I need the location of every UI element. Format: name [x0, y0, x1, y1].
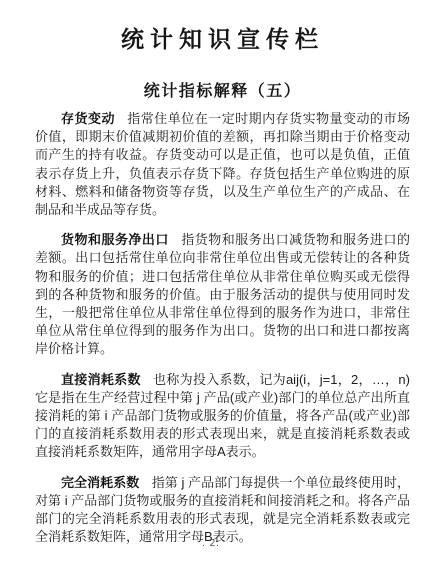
section-subtitle: 统计指标解释（五）	[35, 78, 410, 101]
term-net-exports: 货物和服务净出口	[61, 232, 169, 247]
definition-inventory-change: 指常住单位在一定时期内存货实物量变动的市场价值，即期末价值减期初价值的差额，再扣…	[35, 111, 410, 217]
page-title: 统计知识宣传栏	[35, 21, 410, 54]
term-total-consumption-coefficient: 完全消耗系数	[61, 475, 139, 490]
paragraph-total-consumption-coefficient: 完全消耗系数指第 j 产品部门每提供一个单位最终使用时，对第 i 产品部门货物或…	[35, 474, 410, 547]
term-inventory-change: 存货变动	[61, 111, 115, 126]
paragraph-inventory-change: 存货变动指常住单位在一定时期内存货实物量变动的市场价值，即期末价值减期初价值的差…	[35, 110, 410, 219]
paragraph-net-exports: 货物和服务净出口指货物和服务出口减货物和服务进口的差额。出口包括常住单位向非常住…	[35, 231, 410, 358]
paragraph-direct-consumption-coefficient: 直接消耗系数也称为投入系数，记为aij(i，j=1，2，…，n)它是指在生产经营…	[35, 371, 410, 462]
term-direct-consumption-coefficient: 直接消耗系数	[61, 372, 141, 387]
definition-net-exports: 指货物和服务出口减货物和服务进口的差额。出口包括常住单位向非常住单位出售或无偿转…	[35, 232, 410, 356]
page-number: . 2.	[0, 538, 422, 549]
document-page: 统计知识宣传栏 统计指标解释（五） 存货变动指常住单位在一定时期内存货实物量变动…	[0, 0, 444, 581]
